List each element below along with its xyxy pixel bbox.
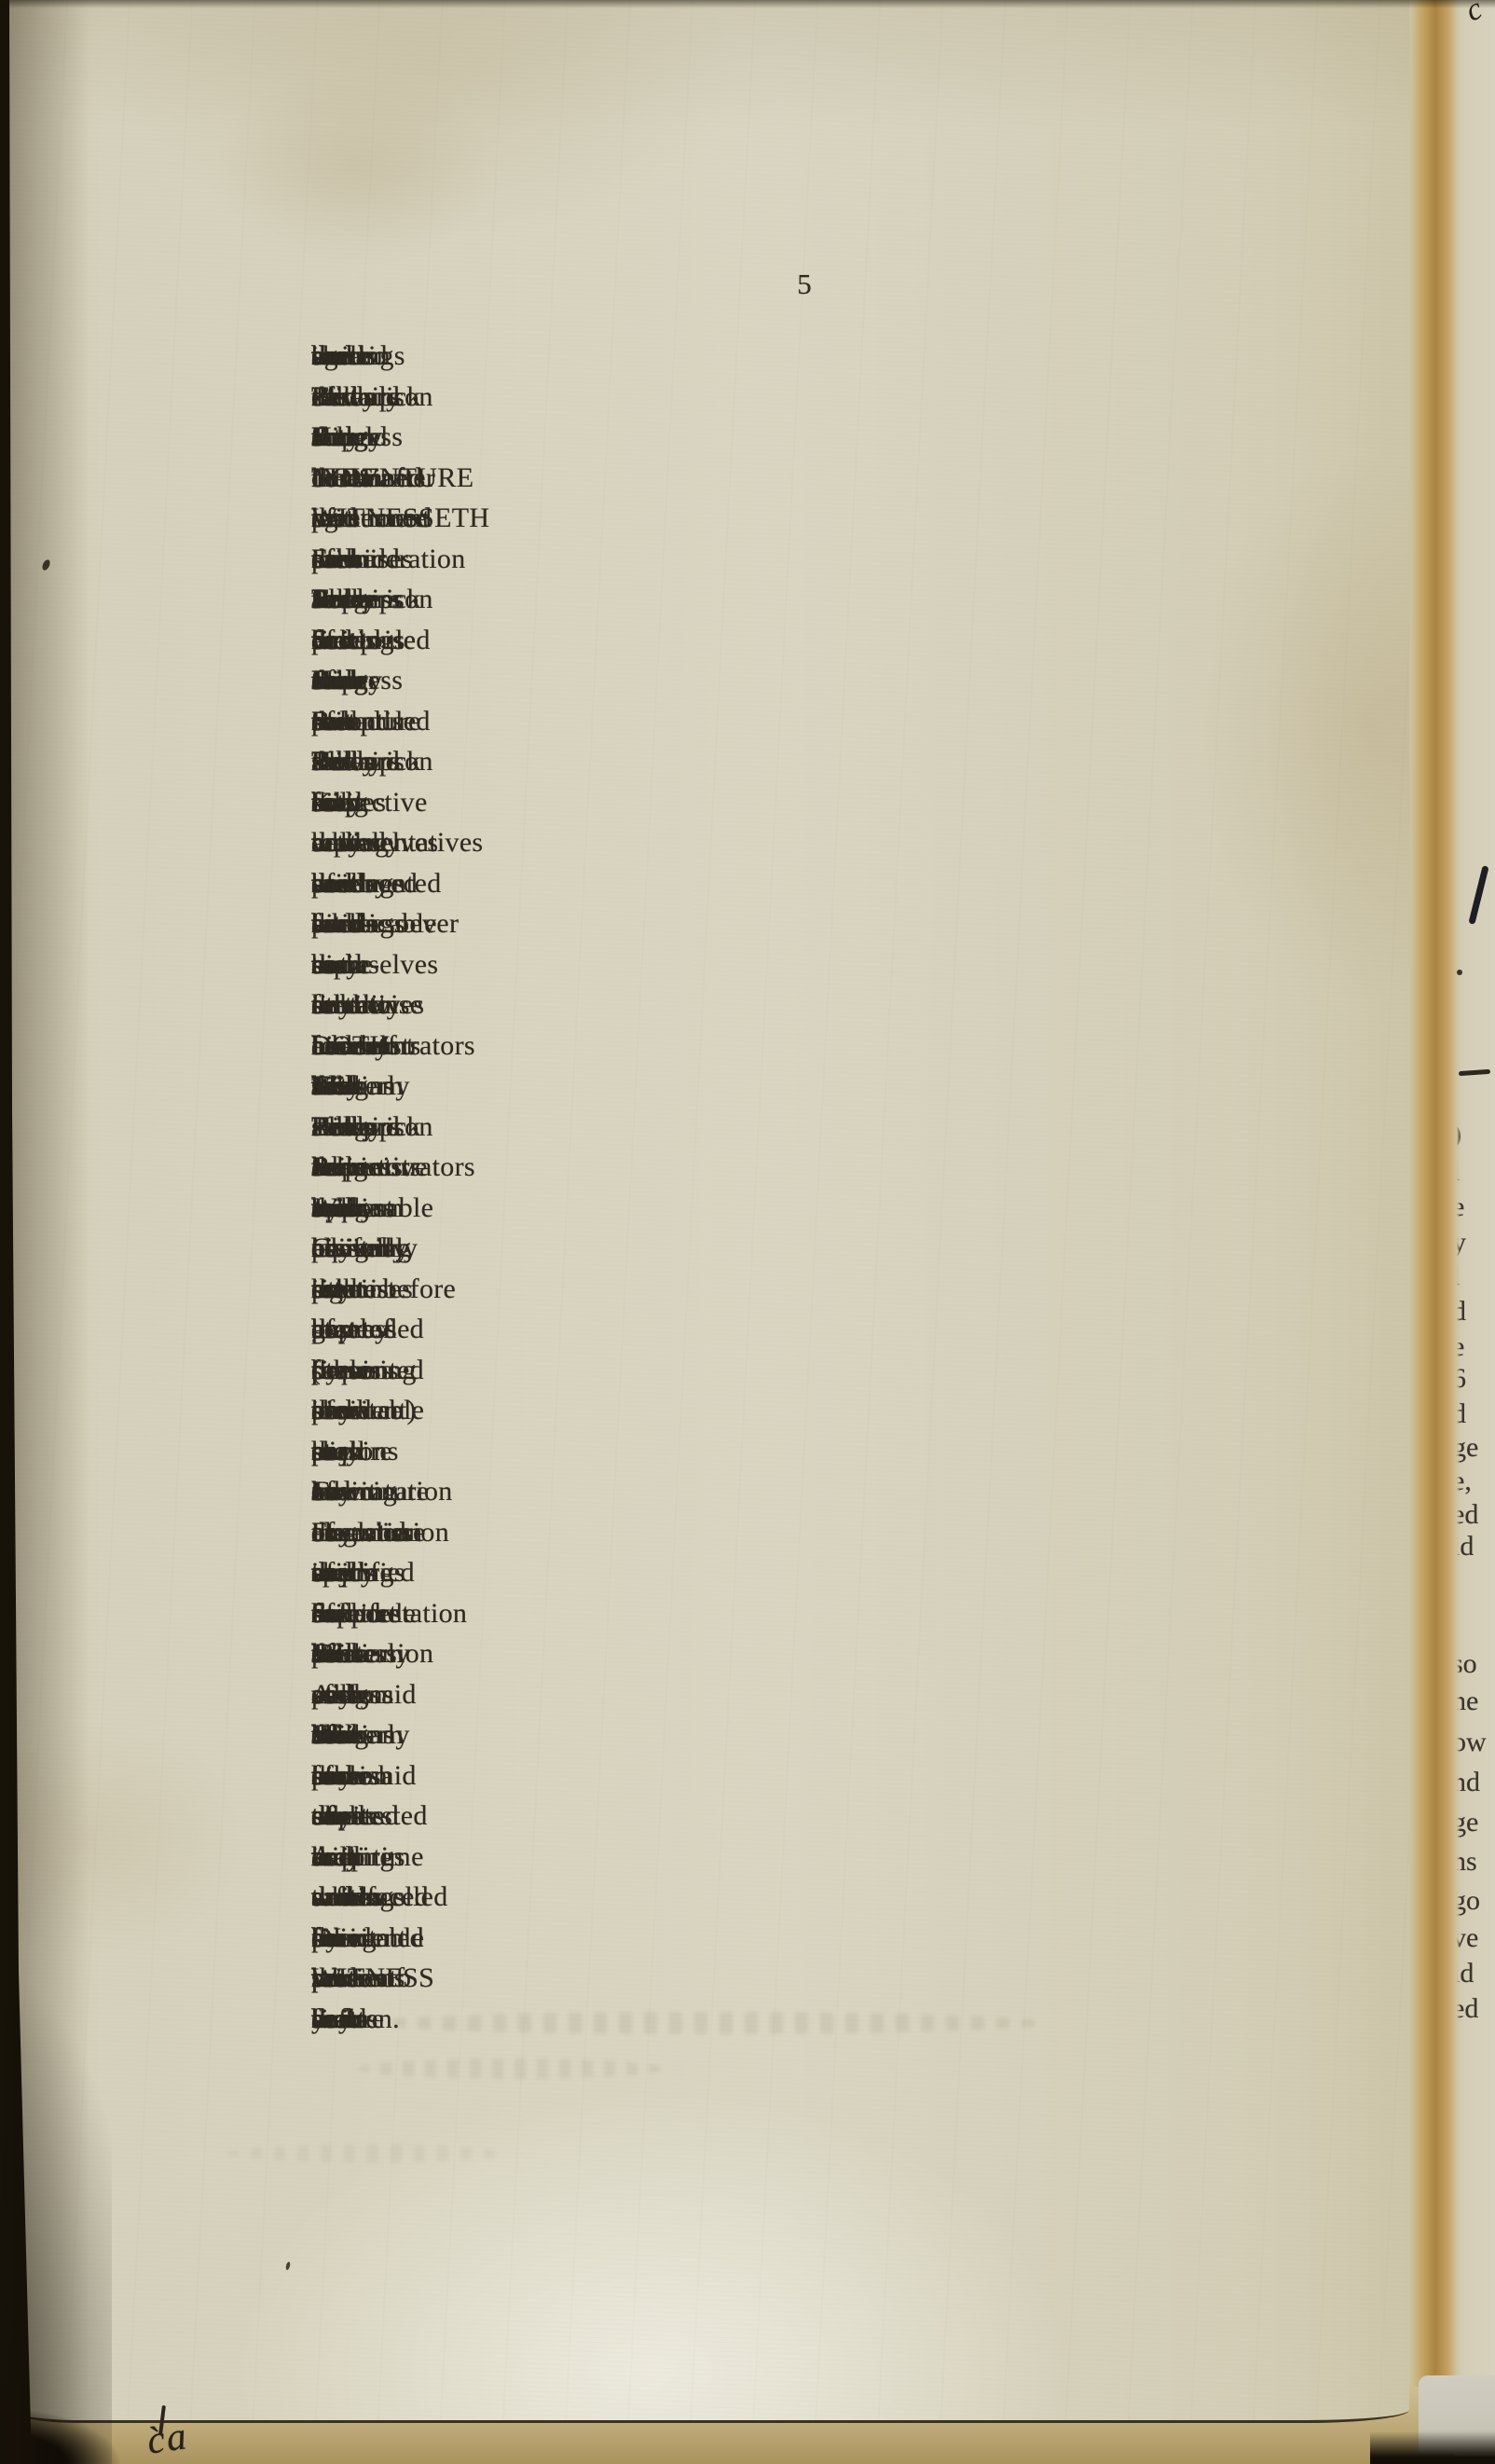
text-line: hearingorexaminationinanyCourtofLaworoth… [311, 1471, 1297, 1512]
text-line: thecovenantshereinaftercontainedNOWTHISI… [311, 458, 1297, 499]
document-page: 5 agreedthatthesamedeedsandwritingsshall… [4, 0, 1409, 2423]
text-line: saidEdwardPercyBatesFrederickBellairsTho… [311, 1107, 1297, 1148]
text-line: suchtruecopiesattestedorunattestedofallo… [311, 1796, 1297, 1837]
text-line: agreedthatthesamedeedsandwritingsshallre… [311, 336, 1297, 377]
text-line: WITNESSwhereofthesaidpartiestotheseprese… [311, 1958, 1297, 1999]
text-line: theexecutionofanycommissionorelsewherein… [311, 1512, 1297, 1553]
text-line: shallrequireeveryoranyofthesaiddeedsandw… [311, 1552, 1297, 1593]
text-line: theirhandsandsealsthedayandyearfirstbefo… [311, 1999, 1297, 2040]
ink-speck [41, 558, 51, 571]
show-through-smudge [358, 2058, 665, 2079]
photo-corner-shadow-br [1370, 2431, 1495, 2464]
text-line: Kingsofaronlyasrelatestotheirownrespecti… [311, 782, 1297, 823]
ink-speck [285, 2262, 291, 2271]
text-line: WITNESSETHthatinpursuanceofthesaidlastme… [311, 498, 1297, 539]
handwritten-mark: c̀a [144, 2414, 191, 2464]
text-line: Indenturecomprisedinthesecondpartofthesa… [311, 701, 1297, 742]
text-line: expressedtobeherebygrantedoranypartthere… [311, 1309, 1297, 1350]
text-line: alltimesatthecostofthesaidWilliamJohnCle… [311, 1714, 1297, 1755]
text-line: JohnBurgessSoperandtheirrespectiveheirse… [311, 1147, 1297, 1188]
text-line: anyestaterighttitleorinterestinortothesa… [311, 1269, 1297, 1310]
text-line: andwritingsasheortheymayrequireAndwillin… [311, 1837, 1297, 1878]
text-line: themselvesandtheirrepresentativesonlywhi… [311, 822, 1297, 863]
text-line: withthesaidWilliamJohnCleverlyhisheirsan… [311, 1066, 1297, 1107]
top-edge-shadow [0, 0, 1495, 8]
text-line: custodyofthesaidEdwardPercyBatesFrederic… [311, 377, 1297, 418]
page-number: 5 [311, 268, 1297, 301]
text-line: thedeedsandwritingscomprisedinthefirstpa… [311, 620, 1297, 661]
text-line: oranysuchotherpersonasaforesaidmakeandfu… [311, 1755, 1297, 1796]
body-text: agreedthatthesamedeedsandwritingsshallre… [311, 336, 1297, 2039]
text-line: andeachofthemthesaidHenryKingandJohnBurg… [311, 660, 1297, 701]
book-scan-photo: )leylde6dgee,edidsoheowndgensgoveided 5 … [0, 0, 1495, 2464]
text-line: DOTHherebyforhimselfhisheirsexecutorsand… [311, 1026, 1297, 1067]
text-line: andassignswilluponeveryreasonablerequest… [311, 1188, 1297, 1229]
text-line: preventedfromsodoingbyfireorotherinevita… [311, 1918, 1297, 1959]
text-line: HenryKingandJohnBurgessSoperandthattheys… [311, 417, 1297, 458]
text-line: thesaidEdwardPercyBatesFrederickBellairs… [311, 741, 1297, 782]
text-line: PercyBatesFrederickBellairsThompsonandJo… [311, 579, 1297, 620]
text-line: ofthesaiddeedsandwritingsherebycovenante… [311, 863, 1297, 904]
text-line: inevitableaccident)produceandshowtohimth… [311, 1390, 1297, 1431]
text-line: faraspracticabletobindsuchdeedsandwritin… [311, 903, 1297, 944]
text-line: andassignsandeveryoranysuchotherpersonas… [311, 1674, 1297, 1715]
text-line: tosuchpersonorpersonsasheortheyshallrequ… [311, 1431, 1297, 1472]
ink-speck [1457, 970, 1462, 975]
text-line: saidScheduleheretoforthemanifestationdef… [311, 1593, 1297, 1634]
text-line: personorpersonsrequiringthesame(unlesspr… [311, 1350, 1297, 1391]
text-line: sentativesortoincuranyliabilityinrelatio… [311, 984, 1297, 1026]
show-through-smudge [227, 2144, 507, 2163]
page-gutter-fold [1402, 0, 1460, 2464]
text-line: Cleverlyhisheirsorassignsoranypersonlawf… [311, 1228, 1297, 1269]
text-line: thesamemaycomeandnotsoastobindthemselves… [311, 944, 1297, 985]
text-line: estatetitleandpossessionofthesaidWilliam… [311, 1633, 1297, 1674]
text-line: andinconsiderationofthepremiseseachofthe… [311, 539, 1297, 580]
text-line: thesamedeedsandwritingssafewholeuncancel… [311, 1877, 1297, 1918]
